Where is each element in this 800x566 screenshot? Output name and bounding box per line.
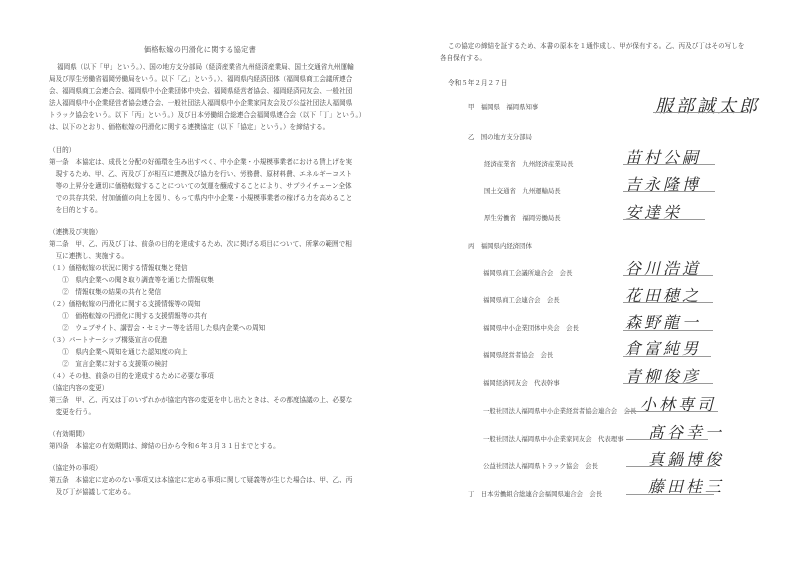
article-line: 現するため、甲、乙、丙及び丁が相互に連携及び協力を行い、労務費、原材料費、エネル…	[49, 170, 352, 179]
article-line: ① 価格転嫁の円滑化に関する支援情報等の共有	[49, 312, 207, 321]
article-heading: （協定内容の変更）	[49, 384, 108, 393]
article-line: 第一条 本協定は、成長と分配の好循環を生み出すべく、中小企業・小規模事業者におけ…	[49, 158, 352, 167]
article-line: 第四条 本協定の有効期間は、締結の日から令和６年３月３１日までとする。	[49, 442, 280, 451]
article-line: （４）その他、前条の目的を達成するために必要な事項	[49, 372, 214, 381]
preamble-line: は、以下のとおり、価格転嫁の円滑化に関する連携協定（以下「協定」という。）を締結…	[49, 123, 329, 132]
signature-line	[623, 302, 713, 303]
article-line: での共存共栄、付加価値の向上を図り、もって県内中小企業・小規模事業者の稼げる力を…	[49, 194, 352, 203]
signature-line	[623, 356, 711, 357]
signatory-label: 福岡県中小企業団体中央会 会長	[483, 323, 579, 332]
preamble-line: 局及び厚生労働省福岡労働局をいう。以下「乙」という。）、福岡県内経済団体（福岡県…	[49, 75, 352, 84]
signature-line	[623, 219, 705, 220]
right-page: この協定の締結を証するため、本書の原本を１通作成し、甲が保有する。乙、丙及び丁は…	[400, 0, 800, 566]
closing-line: この協定の締結を証するため、本書の原本を１通作成し、甲が保有する。乙、丙及び丁は…	[448, 42, 744, 51]
article-line: 第三条 甲、乙、丙又は丁のいずれかが協定内容の変更を申し出たときは、その都度協議…	[49, 396, 352, 405]
article-line: 第五条 本協定に定めのない事項又は本協定に定める事項に関して疑義等が生じた場合は…	[49, 476, 352, 485]
article-line: （２）価格転嫁の円滑化に関する支援情報等の周知	[49, 300, 201, 309]
signatory-label: 一般社団法人福岡県中小企業家同友会 代表理事	[483, 434, 624, 443]
signatory-label: 一般社団法人福岡県中小企業経営者協会連合会 会長	[483, 406, 636, 415]
article-line: 第二条 甲、乙、丙及び丁は、前条の目的を達成するため、次に掲げる項目について、所…	[49, 240, 352, 249]
signature-line	[623, 330, 713, 331]
article-line: 及び丁が協議して定める。	[49, 488, 135, 497]
closing-line: 各自保有する。	[440, 54, 486, 63]
signatory-label: 厚生労働省 福岡労働局長	[484, 213, 561, 222]
signature-line	[623, 191, 715, 192]
signature-line	[626, 466, 716, 467]
article-line: ② ウェブサイト、講習会・セミナー等を活用した県内企業への周知	[49, 324, 265, 333]
signatory-label: 公益社団法人福岡県トラック協会 会長	[483, 461, 598, 470]
article-line: を目的とする。	[49, 206, 102, 215]
left-page: 価格転嫁の円滑化に関する協定書 福岡県（以下「甲」という。）、国の地方支分部局（…	[0, 0, 400, 566]
preamble-line: 法人福岡県中小企業経営者協会連合会、一般社団法人福岡県中小企業家同友会及び公益社…	[49, 99, 352, 108]
signature-line	[623, 164, 715, 165]
signatory-tei-label: 丁 日本労働組合総連合会福岡県連合会 会長	[468, 489, 602, 498]
article-line: （３）パートナーシップ構築宣言の促進	[49, 336, 167, 345]
signature-line	[623, 275, 713, 276]
article-line: 互に連携し、実施する。	[49, 252, 128, 261]
article-heading: （連携及び実施）	[49, 228, 102, 237]
signatory-label: 国土交通省 九州運輸局長	[484, 186, 561, 195]
article-line: ① 県内企業への聞き取り調査等を通じた情報収集	[49, 276, 214, 285]
article-line: 等の上昇分を適切に価格転嫁することについての気運を醸成することにより、サプライチ…	[49, 182, 352, 191]
article-line: ① 県内企業へ周知を通じた認知度の向上	[49, 348, 187, 357]
article-line: 変更を行う。	[49, 408, 95, 417]
signature-line	[623, 383, 713, 384]
preamble-line: トラック協会をいう。以下「丙」という。）及び日本労働組合総連合会福岡県連合会（以…	[49, 111, 365, 120]
agreement-date: 令和５年２月２７日	[448, 79, 507, 88]
article-heading: （有効期間）	[49, 430, 89, 439]
article-heading: （協定外の事項）	[49, 464, 102, 473]
signatory-label: 経済産業省 九州経済産業局長	[484, 159, 573, 168]
signature-line	[626, 411, 718, 412]
article-line: ② 宣言企業に対する支援策の検討	[49, 360, 168, 369]
signatory-label: 福岡県経営者協会 会長	[483, 350, 553, 359]
signatory-label: 福岡経済同友会 代表幹事	[483, 378, 560, 387]
preamble-line: 福岡県（以下「甲」という。）、国の地方支分部局（経済産業省九州経済産業局、国土交…	[57, 63, 354, 72]
article-line: （１）価格転嫁の状況に関する情報収集と発信	[49, 264, 187, 273]
preamble-line: 会、福岡県商工会連合会、福岡県中小企業団体中央会、福岡県経営者協会、福岡経済同友…	[49, 87, 352, 96]
signature-line	[626, 439, 708, 440]
article-line: ② 情報収集の結果の共有と発信	[49, 288, 161, 297]
signatory-hei-header: 丙 福岡県内経済団体	[468, 241, 532, 250]
article-heading: （目的）	[49, 146, 75, 155]
signatory-label: 福岡県商工会連合会 会長	[483, 295, 560, 304]
signatory-otsu-header: 乙 国の地方支分部局	[468, 132, 532, 141]
signatory-label: 福岡県商工会議所連合会 会長	[483, 268, 572, 277]
signatory-ko-label: 甲 福岡県 福岡県知事	[468, 102, 538, 111]
signature-line	[626, 494, 714, 495]
document-title: 価格転嫁の円滑化に関する協定書	[0, 45, 400, 55]
signature-ko: 服部誠太郎	[655, 92, 760, 118]
signature-line	[653, 112, 748, 113]
